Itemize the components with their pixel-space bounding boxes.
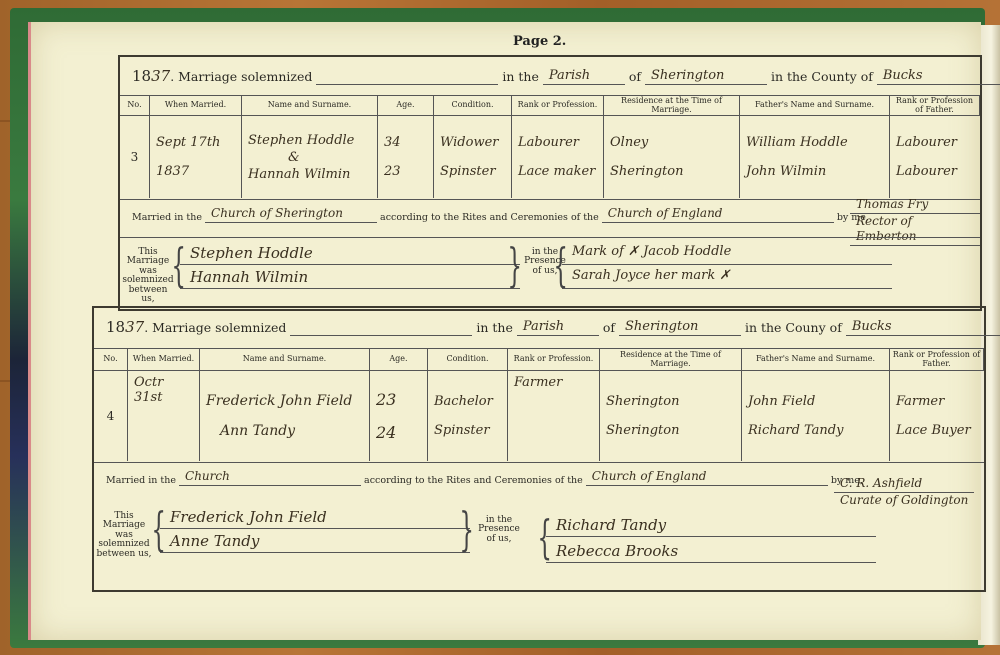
witness-2: Rebecca Brooks [546,542,876,563]
col-header-name: Name and Surname. [200,349,370,371]
groom-age: 23 [376,390,421,409]
residences: Sherington Sherington [600,371,742,461]
parish-name: Sherington [645,68,767,85]
groom-rank: Labourer [518,135,597,150]
parish-name: Sherington [619,319,741,336]
ranks: Labourer Lace maker [512,116,604,198]
rites: Church of England [586,469,828,486]
col-header-residence: Residence at the Time of Marriage. [604,96,740,116]
this-marriage-label: This Marriage was solemnized between us, [122,248,174,305]
bride-age: 23 [384,164,427,179]
place-type: Parish [517,319,599,336]
father-ranks: Labourer Labourer [890,116,980,198]
ages: 34 23 [378,116,434,198]
col-header-age: Age. [370,349,428,371]
col-header-residence: Residence at the Time of Marriage. [600,349,742,371]
in-the-label: in the [476,320,513,335]
bride-father: John Wilmin [746,164,883,179]
bride-residence: Sherington [606,423,735,438]
groom-father-rank: Labourer [896,135,974,150]
bride-name: Hannah Wilmin [248,167,371,182]
groom-age: 34 [384,135,427,150]
bride-rank: Lace maker [518,164,597,179]
bride-condition: Spinster [434,423,501,438]
married-in-label: Married in the [132,212,202,223]
ages: 23 24 [370,371,428,461]
groom-father: William Hoddle [746,135,883,150]
col-header-no: No. [94,349,128,371]
page-number: Page 2. [513,34,566,49]
witness-2: Sarah Joyce her mark ✗ [562,268,892,289]
col-header-when: When Married. [150,96,242,116]
bride-signature: Hannah Wilmin [180,268,520,289]
of-label: of [629,69,641,84]
marriage-entry-4: 1837. Marriage solemnized in the Parish … [92,306,986,592]
marriage-solemnized-label: . Marriage solemnized [144,320,286,335]
col-header-name: Name and Surname. [242,96,378,116]
groom-condition: Widower [440,135,505,150]
witness-1: Richard Tandy [546,516,876,537]
married-in-place: Church of Sherington [205,206,377,223]
col-header-father-rank: Rank or Profession of Father. [890,96,980,116]
col-header-rank: Rank or Profession. [508,349,600,371]
year-suffix: 37 [151,67,170,85]
brace-right: } [459,506,474,552]
bride-father-rank: Lace Buyer [896,423,978,438]
col-header-age: Age. [378,96,434,116]
bride-residence: Sherington [610,164,733,179]
col-header-father: Father's Name and Surname. [742,349,890,371]
marriage-year: 1837 [156,164,235,179]
officiant-name: Thomas Fry [850,197,980,214]
bride-condition: Spinster [440,164,505,179]
entry-header: 1837. Marriage solemnized in the Parish … [132,67,1000,85]
year-suffix: 37 [125,318,144,336]
residences: Olney Sherington [604,116,740,198]
groom-residence: Sherington [606,394,735,409]
groom-father: John Field [748,394,883,409]
col-header-rank: Rank or Profession. [512,96,604,116]
marriage-entry-3: 1837. Marriage solemnized in the Parish … [118,55,982,311]
groom-signature: Stephen Hoddle [180,244,520,265]
blank-line [316,68,498,85]
bride-signature: Anne Tandy [160,532,470,553]
signature-block: This Marriage was solemnized between us,… [120,237,980,302]
marriage-date: Sept 17th [156,135,235,150]
presence-label: in the Presence of us, [474,516,524,544]
place-type: Parish [543,68,625,85]
county-of-label: of [830,320,842,335]
names: Stephen Hoddle & Hannah Wilmin [242,116,378,198]
groom-signature: Frederick John Field [160,508,470,529]
conditions: Widower Spinster [434,116,512,198]
bride-age: 24 [376,423,421,442]
when-married: Octr 31st [128,371,200,461]
of-label: of [603,320,615,335]
col-header-no: No. [120,96,150,116]
signature-block: This Marriage was solemnized between us,… [94,504,984,584]
entry-table: No. When Married. Name and Surname. Age.… [120,95,980,198]
col-header-condition: Condition. [428,349,508,371]
entry-number: 4 [94,371,128,461]
groom-rank: Farmer [514,375,593,390]
witness-1: Mark of ✗ Jacob Hoddle [562,244,892,265]
col-header-condition: Condition. [434,96,512,116]
when-married: Sept 17th 1837 [150,116,242,198]
father-ranks: Farmer Lace Buyer [890,371,984,461]
groom-residence: Olney [610,135,733,150]
county-of-label: of [861,69,873,84]
entry-table: No. When Married. Name and Surname. Age.… [94,348,984,461]
year-prefix: 18 [132,67,151,85]
fathers: William Hoddle John Wilmin [740,116,890,198]
in-the-label: in the [502,69,539,84]
rites: Church of England [602,206,834,223]
blank-line [290,319,472,336]
county-label: in the County [771,69,857,84]
marriage-date: Octr 31st [134,375,193,405]
married-in-label: Married in the [106,475,176,486]
bride-name: Ann Tandy [206,423,363,439]
year-prefix: 18 [106,318,125,336]
according-to-label: according to the Rites and Ceremonies of… [364,475,583,486]
county-name: Bucks [846,319,1000,336]
bride-father-rank: Labourer [896,164,974,179]
this-marriage-label: This Marriage was solemnized between us, [96,512,152,559]
names: Frederick John Field Ann Tandy [200,371,370,461]
county-label: in the Couny [745,320,826,335]
groom-name: Frederick John Field [206,393,363,409]
entry-header: 1837. Marriage solemnized in the Parish … [106,318,1000,336]
officiant-name: C. R. Ashfield [834,476,974,493]
county-name: Bucks [877,68,1000,85]
ranks: Farmer [508,371,600,461]
marriage-solemnized-label: . Marriage solemnized [170,69,312,84]
groom-father-rank: Farmer [896,394,978,409]
col-header-father: Father's Name and Surname. [740,96,890,116]
according-to-label: according to the Rites and Ceremonies of… [380,212,599,223]
fathers: John Field Richard Tandy [742,371,890,461]
col-header-father-rank: Rank or Profession of Father. [890,349,984,371]
groom-name: Stephen Hoddle [248,133,371,148]
groom-condition: Bachelor [434,394,501,409]
bride-father: Richard Tandy [748,423,883,438]
col-header-when: When Married. [128,349,200,371]
conditions: Bachelor Spinster [428,371,508,461]
ampersand: & [248,150,371,165]
entry-number: 3 [120,116,150,198]
married-in-place: Church [179,469,361,486]
